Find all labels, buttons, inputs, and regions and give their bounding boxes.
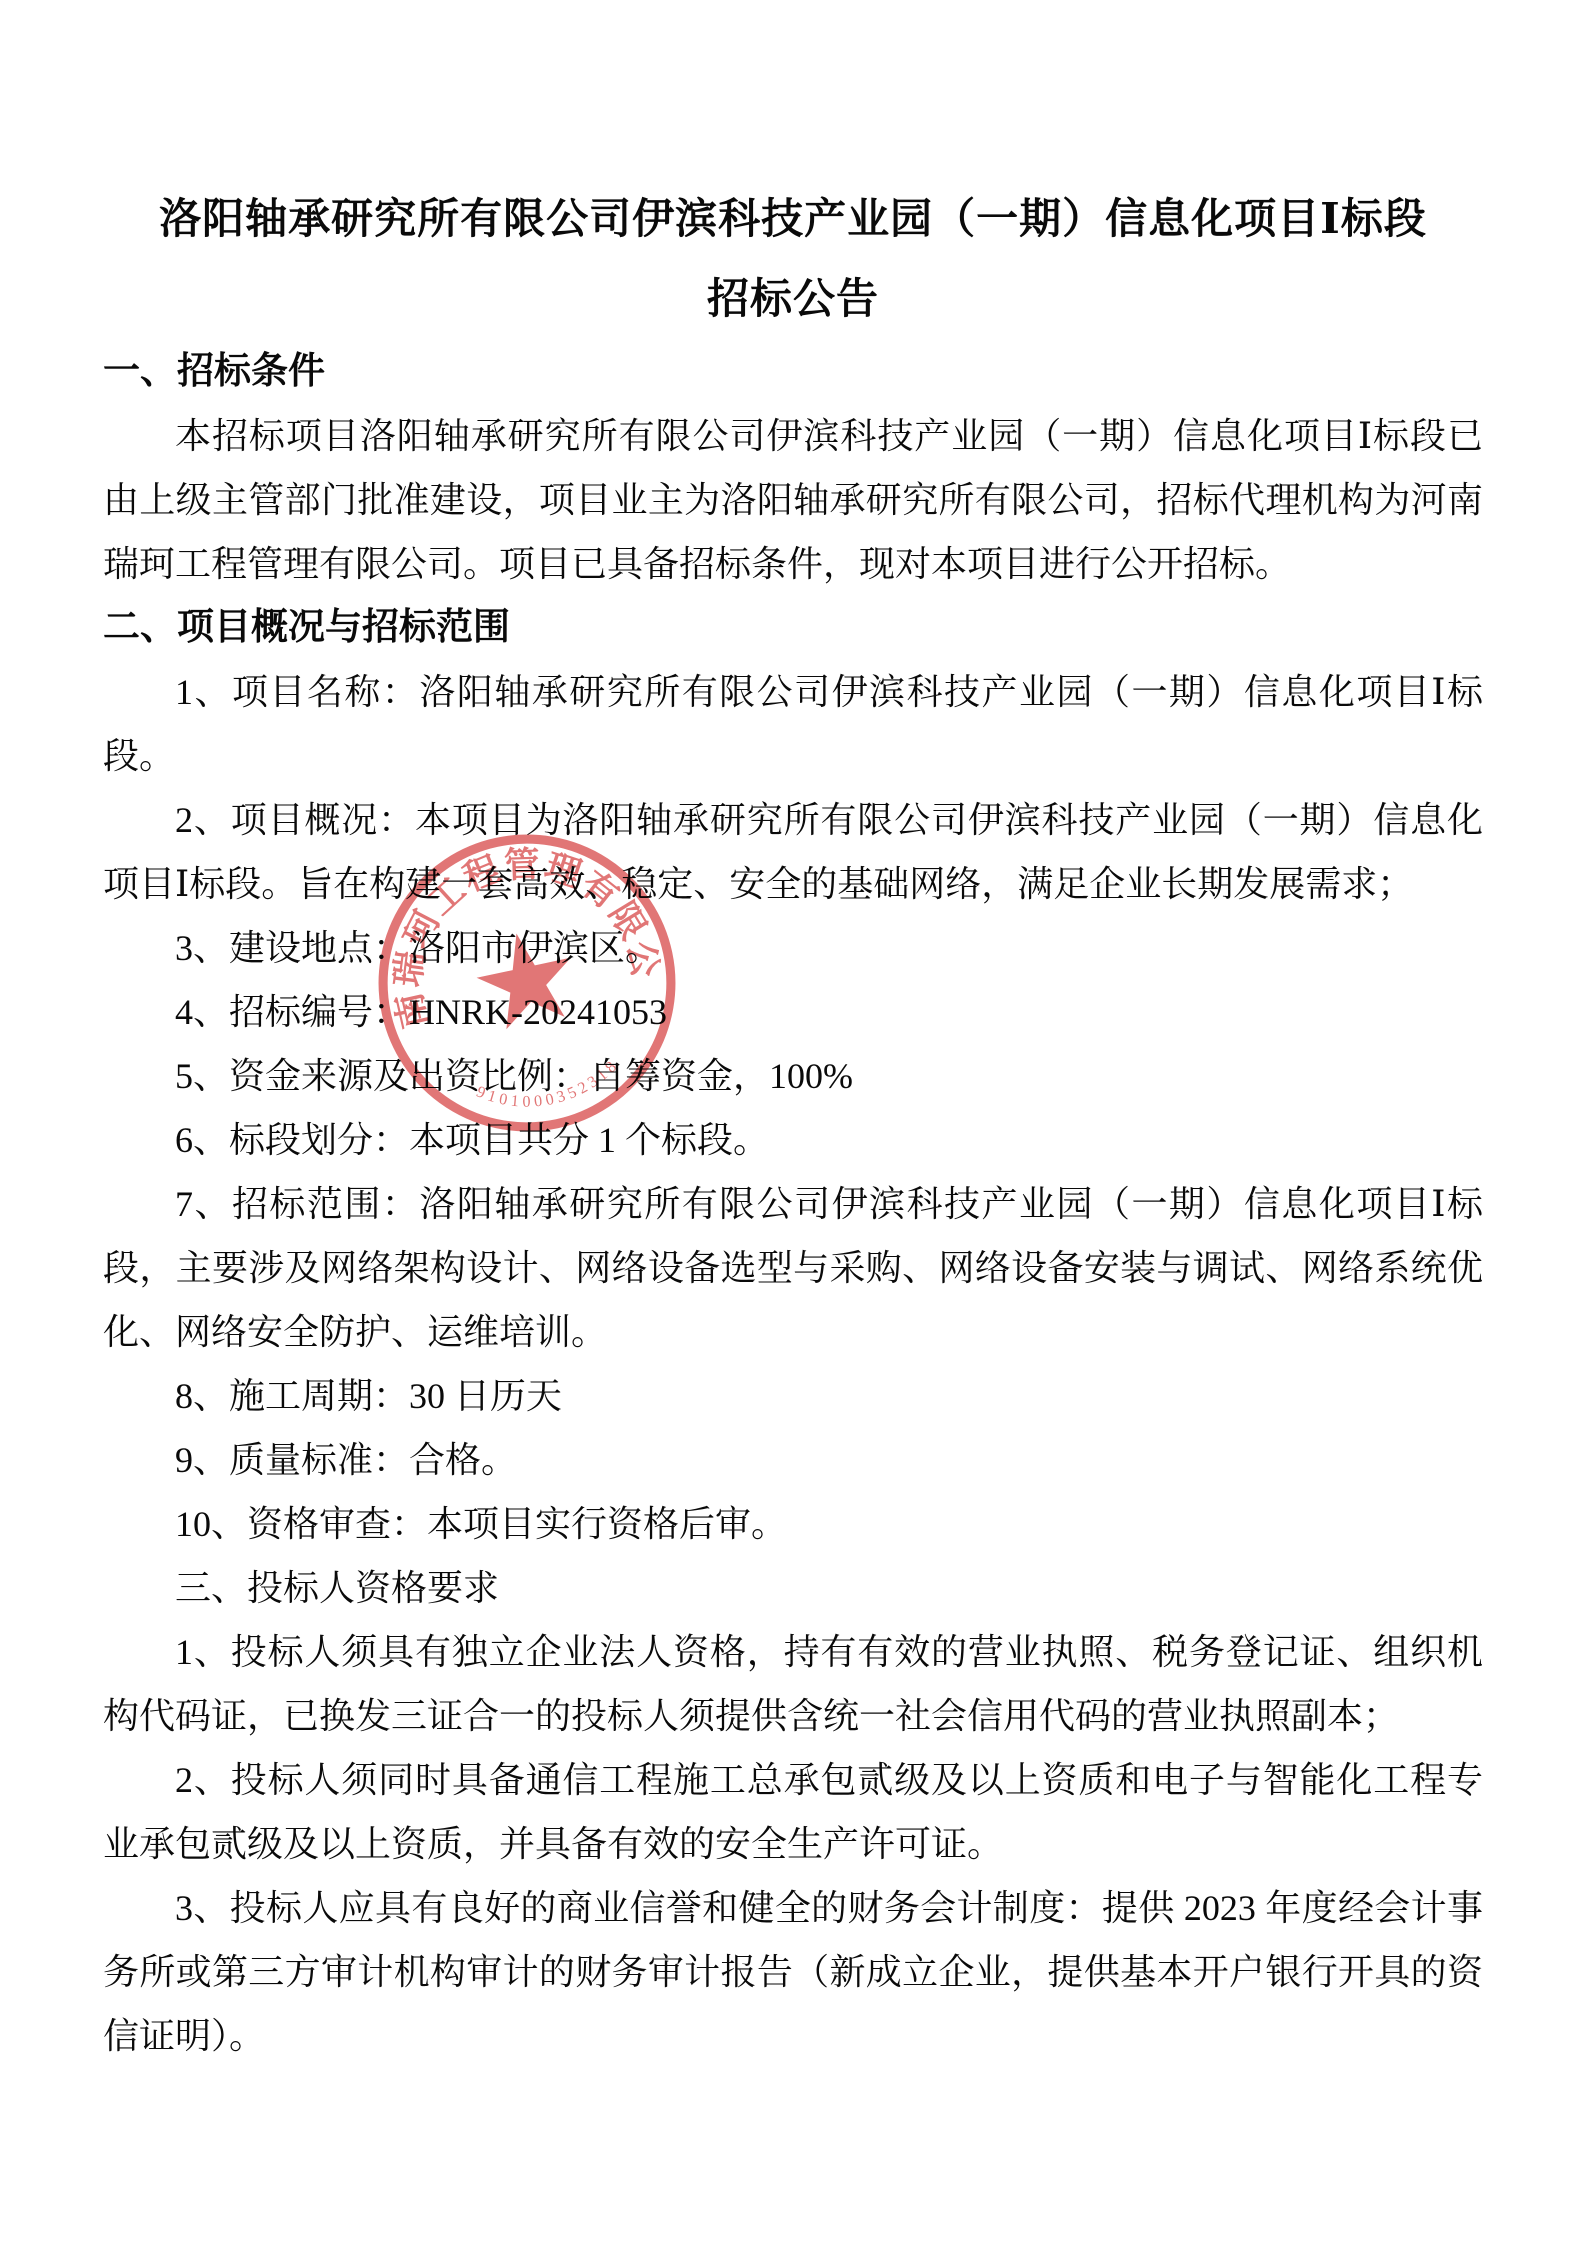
document-title-line2: 招标公告 [103,260,1483,340]
section2-heading: 二、项目概况与招标范围 [103,596,1483,660]
document-title-line1: 洛阳轴承研究所有限公司伊滨科技产业园（一期）信息化项目Ⅰ标段 [103,180,1483,260]
section1-heading: 一、招标条件 [103,340,1483,404]
list-item: 2、投标人须同时具备通信工程施工总承包贰级及以上资质和电子与智能化工程专业承包贰… [103,1748,1483,1876]
document-page: 洛阳轴承研究所有限公司伊滨科技产业园（一期）信息化项目Ⅰ标段 招标公告 一、招标… [0,0,1586,2244]
section3-heading: 三、投标人资格要求 [103,1556,1483,1620]
list-item: 1、投标人须具有独立企业法人资格，持有有效的营业执照、税务登记证、组织机构代码证… [103,1620,1483,1748]
list-item: 5、资金来源及出资比例：自筹资金，100% [103,1044,1483,1108]
list-item: 6、标段划分：本项目共分 1 个标段。 [103,1108,1483,1172]
list-item: 7、招标范围：洛阳轴承研究所有限公司伊滨科技产业园（一期）信息化项目Ⅰ标段，主要… [103,1172,1483,1364]
list-item: 1、项目名称：洛阳轴承研究所有限公司伊滨科技产业园（一期）信息化项目Ⅰ标段。 [103,660,1483,788]
list-item: 2、项目概况：本项目为洛阳轴承研究所有限公司伊滨科技产业园（一期）信息化项目Ⅰ标… [103,788,1483,916]
list-item: 10、资格审查：本项目实行资格后审。 [103,1492,1483,1556]
document-body: 洛阳轴承研究所有限公司伊滨科技产业园（一期）信息化项目Ⅰ标段 招标公告 一、招标… [103,0,1483,2068]
list-item: 3、投标人应具有良好的商业信誉和健全的财务会计制度：提供 2023 年度经会计事… [103,1876,1483,2068]
list-item: 8、施工周期：30 日历天 [103,1364,1483,1428]
list-item: 9、质量标准：合格。 [103,1428,1483,1492]
list-item: 3、建设地点：洛阳市伊滨区。 [103,916,1483,980]
list-item: 4、招标编号：HNRK-20241053 [103,980,1483,1044]
section1-paragraph: 本招标项目洛阳轴承研究所有限公司伊滨科技产业园（一期）信息化项目Ⅰ标段已由上级主… [103,404,1483,596]
